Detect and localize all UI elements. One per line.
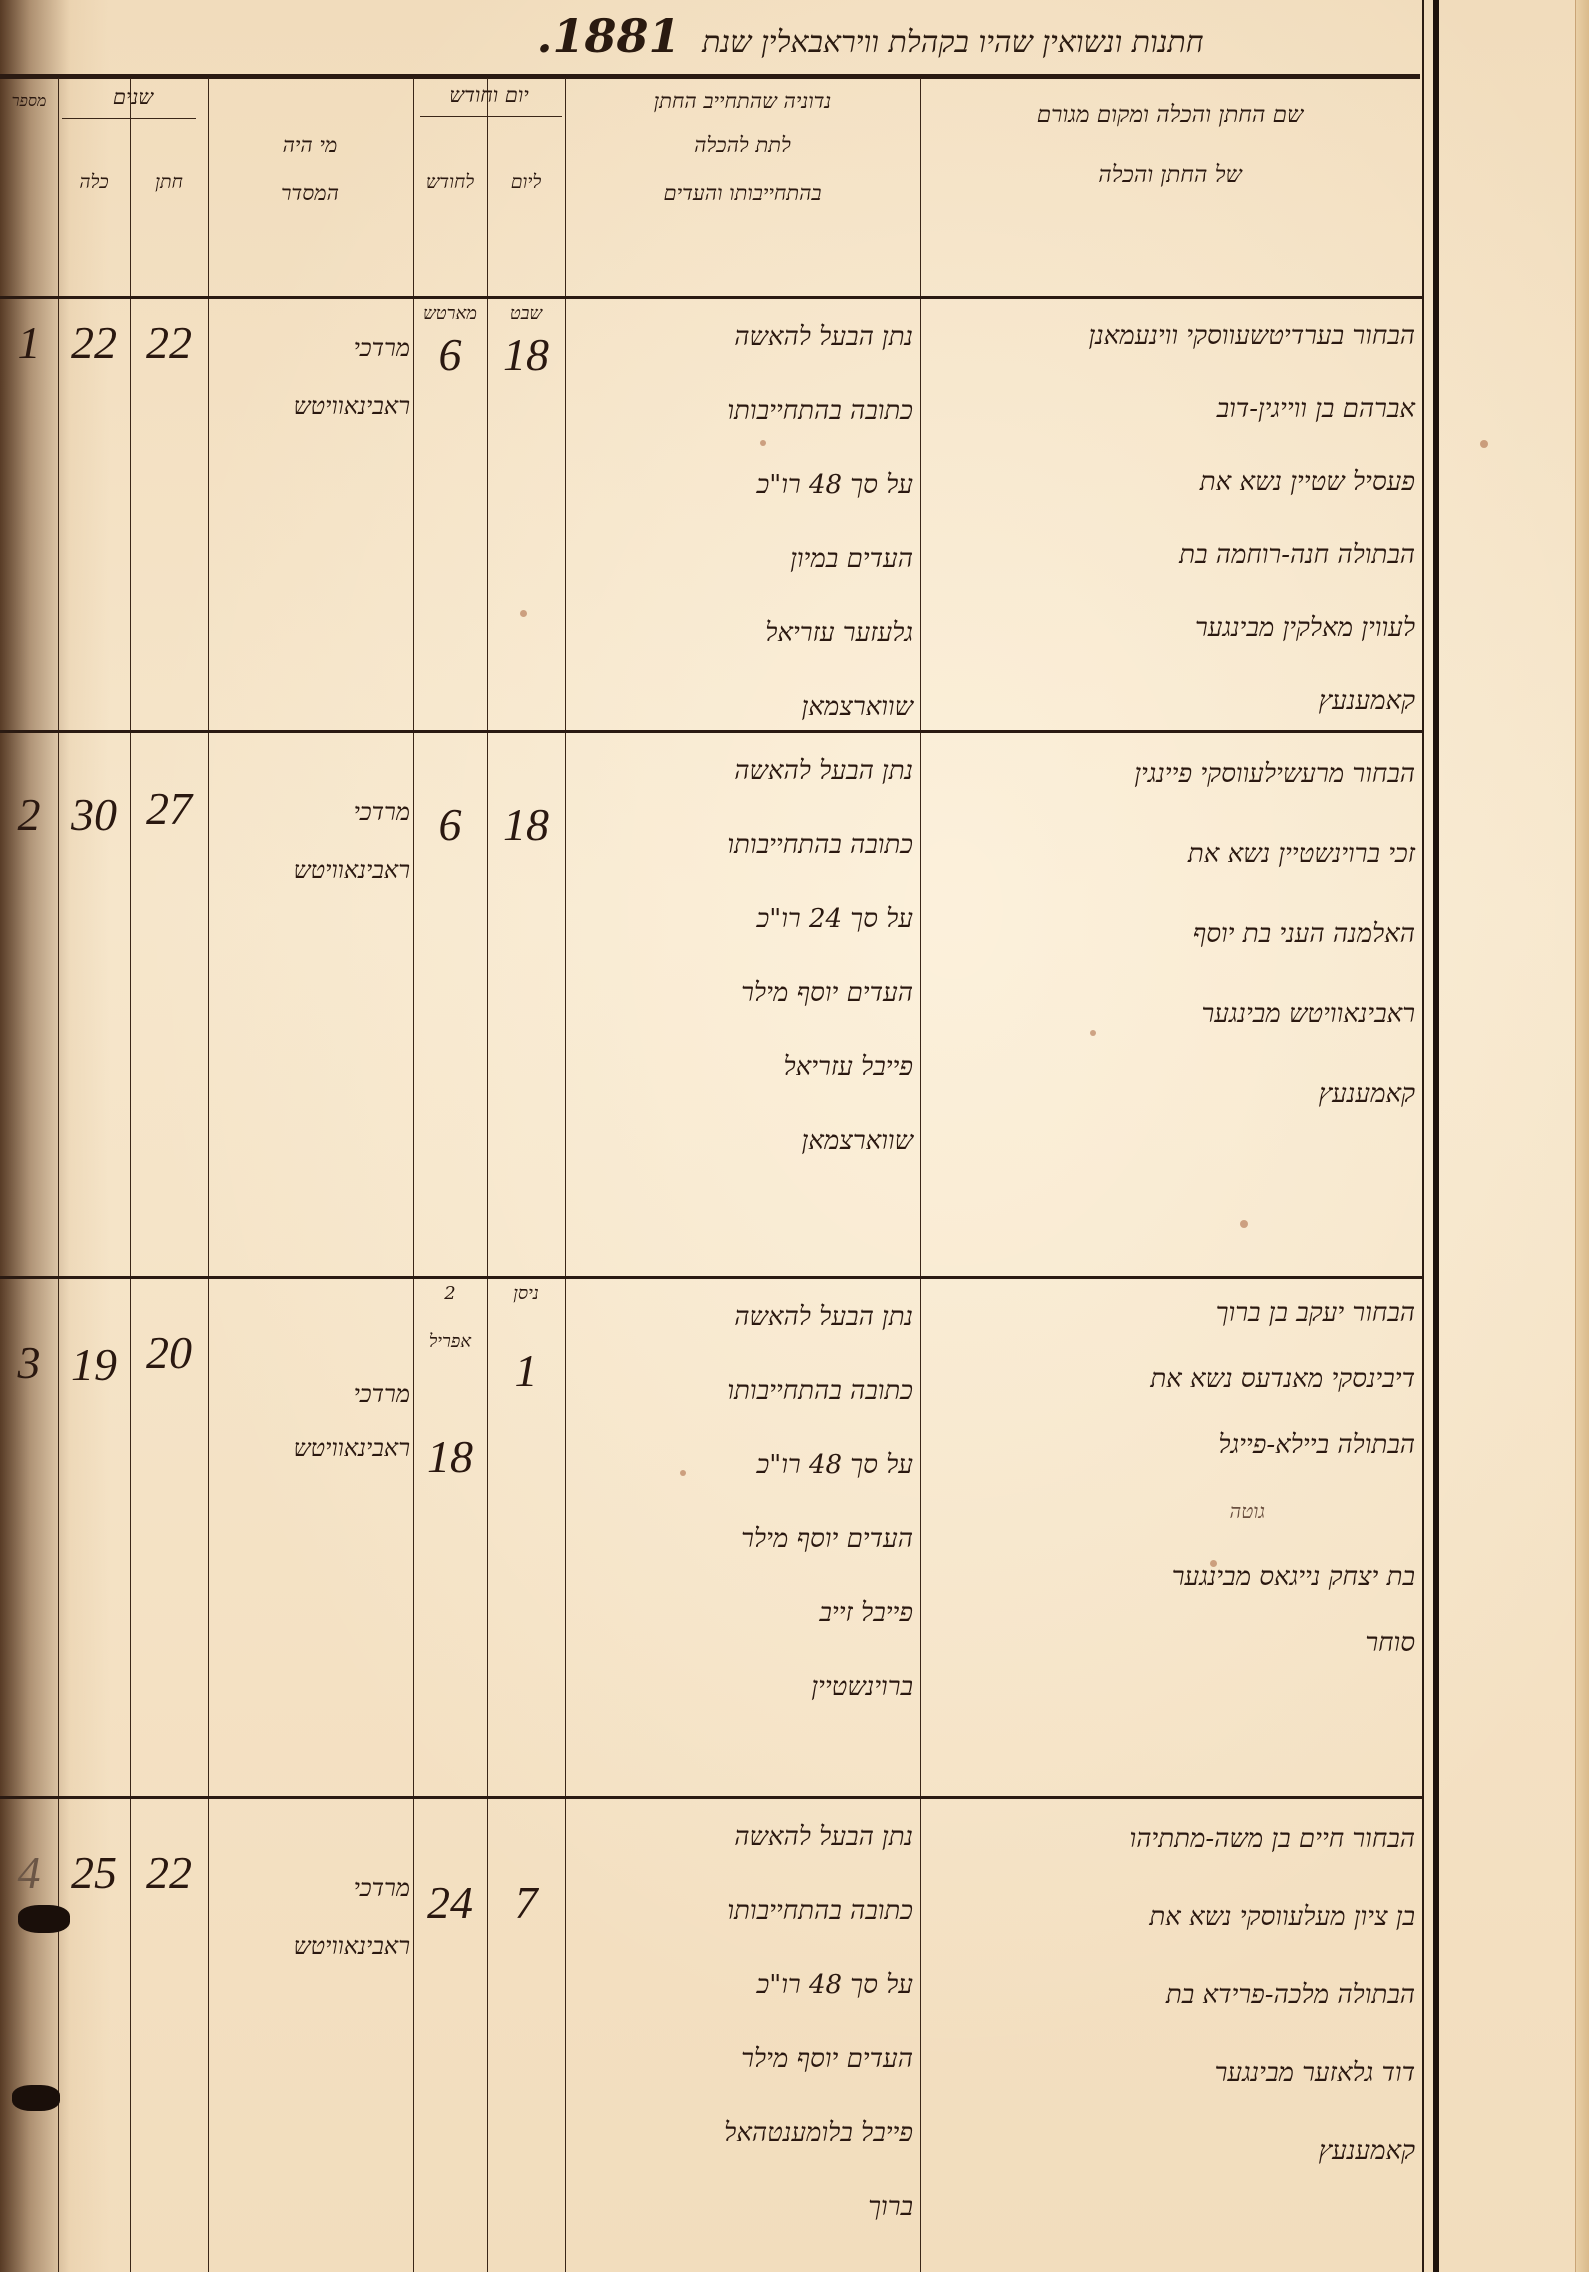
- names-line: הבתולה ביילא-פייגל: [925, 1412, 1415, 1478]
- row-divider: [0, 296, 1424, 299]
- day-value: 18: [487, 330, 565, 380]
- names-line: האלמנה העני בת יוסף: [925, 894, 1415, 974]
- names-line: הבחור יעקב בן ברוך: [925, 1280, 1415, 1346]
- ketubah-line: שווארצמאן: [568, 670, 913, 744]
- names-line: בת יצחק נייגאס מבינגער: [925, 1544, 1415, 1610]
- ketubah-line: נתן הבעל להאשה: [568, 1800, 913, 1874]
- row-number: 2: [0, 790, 58, 840]
- ketubah-line: על סך 48 רו"כ: [568, 1428, 913, 1502]
- header-names-line1: שם החתן והכלה ומקום מגורם: [925, 98, 1415, 132]
- names-line: הבחור חיים בן משה-מתתיהו: [925, 1800, 1415, 1878]
- header-age-group: שנים: [60, 80, 206, 114]
- header-subrule: [62, 118, 196, 119]
- ketubah-text: נתן הבעל להאשה כתובה בהתחייבותו על סך 48…: [568, 1280, 923, 1724]
- header-age-groom: חתן: [130, 168, 208, 196]
- ketubah-line: ברוינשטיין: [568, 1650, 913, 1724]
- rabbi-surname: ראבינאוויטש: [210, 850, 422, 890]
- binding-thread: [12, 2085, 60, 2111]
- column-divider: [58, 78, 59, 2272]
- names-line: הבתולה חנה-רוחמה בת: [925, 519, 1415, 592]
- age-groom: 19: [58, 1340, 130, 1390]
- ketubah-line: כתובה בהתחייבותו: [568, 1874, 913, 1948]
- ketubah-line: העדים יוסף מילר: [568, 2022, 913, 2096]
- couple-names: הבחור חיים בן משה-מתתיהו בן ציון מעלעווס…: [925, 1800, 1425, 2190]
- ketubah-line: על סך 48 רו"כ: [568, 1948, 913, 2022]
- header-subrule: [420, 116, 562, 117]
- row-divider: [0, 1276, 1424, 1279]
- column-divider: [487, 78, 488, 2272]
- header-ketubah-line1: נדוניה שהתחייב החתן: [570, 84, 915, 118]
- names-line: אברהם בן ווייגין-דוב: [925, 373, 1415, 446]
- day-value: 24: [413, 1878, 487, 1928]
- ketubah-line: פייבל זייב: [568, 1576, 913, 1650]
- day-label: ניסן: [487, 1282, 565, 1306]
- rabbi-first-name: מרדכי: [210, 1374, 422, 1414]
- ketubah-line: על סך 48 רו"כ: [568, 448, 913, 522]
- ketubah-line: פייבל בלומענטהאל: [568, 2096, 913, 2170]
- names-line: קאמענעץ: [925, 2112, 1415, 2190]
- ketubah-line: כתובה בהתחייבותו: [568, 808, 913, 882]
- adjacent-page-edge: [1575, 0, 1589, 2272]
- rabbi-first-name: מרדכי: [210, 328, 422, 368]
- header-age-bride: כלה: [58, 168, 130, 196]
- age-groom: 25: [58, 1848, 130, 1898]
- names-line: סוחר: [925, 1610, 1415, 1676]
- row-number: 4: [0, 1848, 58, 1898]
- pencil-annotation: גוטה: [925, 1478, 1415, 1544]
- age-bride: 22: [130, 318, 208, 368]
- ketubah-line: גלעזער עזריאל: [568, 596, 913, 670]
- foxing-spot: [1480, 440, 1488, 448]
- header-date-day: ליום: [487, 168, 565, 196]
- month-value: 6: [413, 330, 487, 380]
- ketubah-line: כתובה בהתחייבותו: [568, 374, 913, 448]
- header-number: מספר: [0, 84, 58, 118]
- rabbi-first-name: מרדכי: [210, 792, 422, 832]
- names-line: קאמענעץ: [925, 1054, 1415, 1134]
- header-ketubah-line2: לתת להכלה: [570, 128, 915, 162]
- rabbi-surname: ראבינאוויטש: [210, 1926, 422, 1966]
- row-number: 3: [0, 1338, 58, 1388]
- names-line: הבחור מרעשילעווסקי פיינגין: [925, 734, 1415, 814]
- header-rabbi-line1: מי היה: [210, 128, 410, 162]
- rabbi-surname: ראבינאוויטש: [210, 386, 422, 426]
- column-divider: [565, 78, 566, 2272]
- month-value: 7: [487, 1878, 565, 1928]
- names-line: לעווין מאלקין מבינגער: [925, 592, 1415, 665]
- month-label: מארטש: [413, 302, 487, 326]
- binding-thread: [18, 1905, 70, 1933]
- couple-names: הבחור בערדיטשעווסקי ווינעמאנן אברהם בן ו…: [925, 300, 1425, 738]
- row-divider: [0, 1796, 1424, 1799]
- age-groom: 30: [58, 790, 130, 840]
- rabbi-first-name: מרדכי: [210, 1868, 422, 1908]
- day-value: 18: [487, 800, 565, 850]
- header-ketubah-line3: בהתחייבותו והעדים: [570, 176, 915, 210]
- names-line: הבתולה מלכה-פרידא בת: [925, 1956, 1415, 2034]
- title-year: 1881.: [537, 9, 681, 63]
- month-value: 18: [413, 1432, 487, 1482]
- column-divider: [130, 78, 131, 2272]
- ketubah-line: ברוך: [568, 2170, 913, 2244]
- age-groom: 22: [58, 318, 130, 368]
- ketubah-line: העדים במיון: [568, 522, 913, 596]
- ketubah-text: נתן הבעל להאשה כתובה בהתחייבותו על סך 24…: [568, 734, 923, 1178]
- ketubah-line: שווארצמאן: [568, 1104, 913, 1178]
- couple-names: הבחור מרעשילעווסקי פיינגין זכי ברוינשטיי…: [925, 734, 1425, 1134]
- couple-names: הבחור יעקב בן ברוך דיבינסקי מאנדעס נשא א…: [925, 1280, 1425, 1676]
- ketubah-line: העדים יוסף מילר: [568, 1502, 913, 1576]
- ketubah-line: כתובה בהתחייבותו: [568, 1354, 913, 1428]
- ketubah-line: נתן הבעל להאשה: [568, 1280, 913, 1354]
- page-title: חתנות ונשואין שהיו בקהלת וויראבאלין שנת …: [320, 6, 1420, 66]
- ketubah-line: נתן הבעל להאשה: [568, 300, 913, 374]
- names-line: קאמענעץ: [925, 665, 1415, 738]
- header-date-month: לחודש: [413, 168, 487, 196]
- ketubah-text: נתן הבעל להאשה כתובה בהתחייבותו על סך 48…: [568, 300, 923, 744]
- row-number: 1: [0, 318, 58, 368]
- column-divider: [208, 78, 209, 2272]
- header-names-line2: של החתן והכלה: [925, 158, 1415, 192]
- date-note: 2: [420, 1282, 480, 1306]
- register-table: מספר שנים כלה חתן מי היה המסדר יום וחודש…: [0, 78, 1424, 2272]
- ketubah-line: פייבל עזריאל: [568, 1030, 913, 1104]
- names-line: זכי ברוינשטיין נשא את: [925, 814, 1415, 894]
- header-rabbi-line2: המסדר: [210, 176, 410, 210]
- header-date-group: יום וחודש: [415, 78, 563, 112]
- month-value: 6: [413, 800, 487, 850]
- age-bride: 22: [130, 1848, 208, 1898]
- names-line: הבחור בערדיטשעווסקי ווינעמאנן: [925, 300, 1415, 373]
- day-value: 1: [487, 1346, 565, 1396]
- title-text: חתנות ונשואין שהיו בקהלת וויראבאלין שנת: [702, 25, 1203, 60]
- month-label: אפריל: [413, 1330, 487, 1354]
- day-label: שבט: [487, 302, 565, 326]
- names-line: ראבינאוויטש מבינגער: [925, 974, 1415, 1054]
- ketubah-line: העדים יוסף מילר: [568, 956, 913, 1030]
- names-line: פעסיל שטיין נשא את: [925, 446, 1415, 519]
- ketubah-line: על סך 24 רו"כ: [568, 882, 913, 956]
- names-line: בן ציון מעלעווסקי נשא את: [925, 1878, 1415, 1956]
- names-line: דוד גלאזער מבינגער: [925, 2034, 1415, 2112]
- names-line: דיבינסקי מאנדעס נשא את: [925, 1346, 1415, 1412]
- ketubah-text: נתן הבעל להאשה כתובה בהתחייבותו על סך 48…: [568, 1800, 923, 2244]
- age-bride: 27: [130, 784, 208, 834]
- age-bride: 20: [130, 1328, 208, 1378]
- rabbi-surname: ראבינאוויטש: [210, 1428, 422, 1468]
- right-margin-rule-bold: [1433, 0, 1439, 2272]
- ketubah-line: נתן הבעל להאשה: [568, 734, 913, 808]
